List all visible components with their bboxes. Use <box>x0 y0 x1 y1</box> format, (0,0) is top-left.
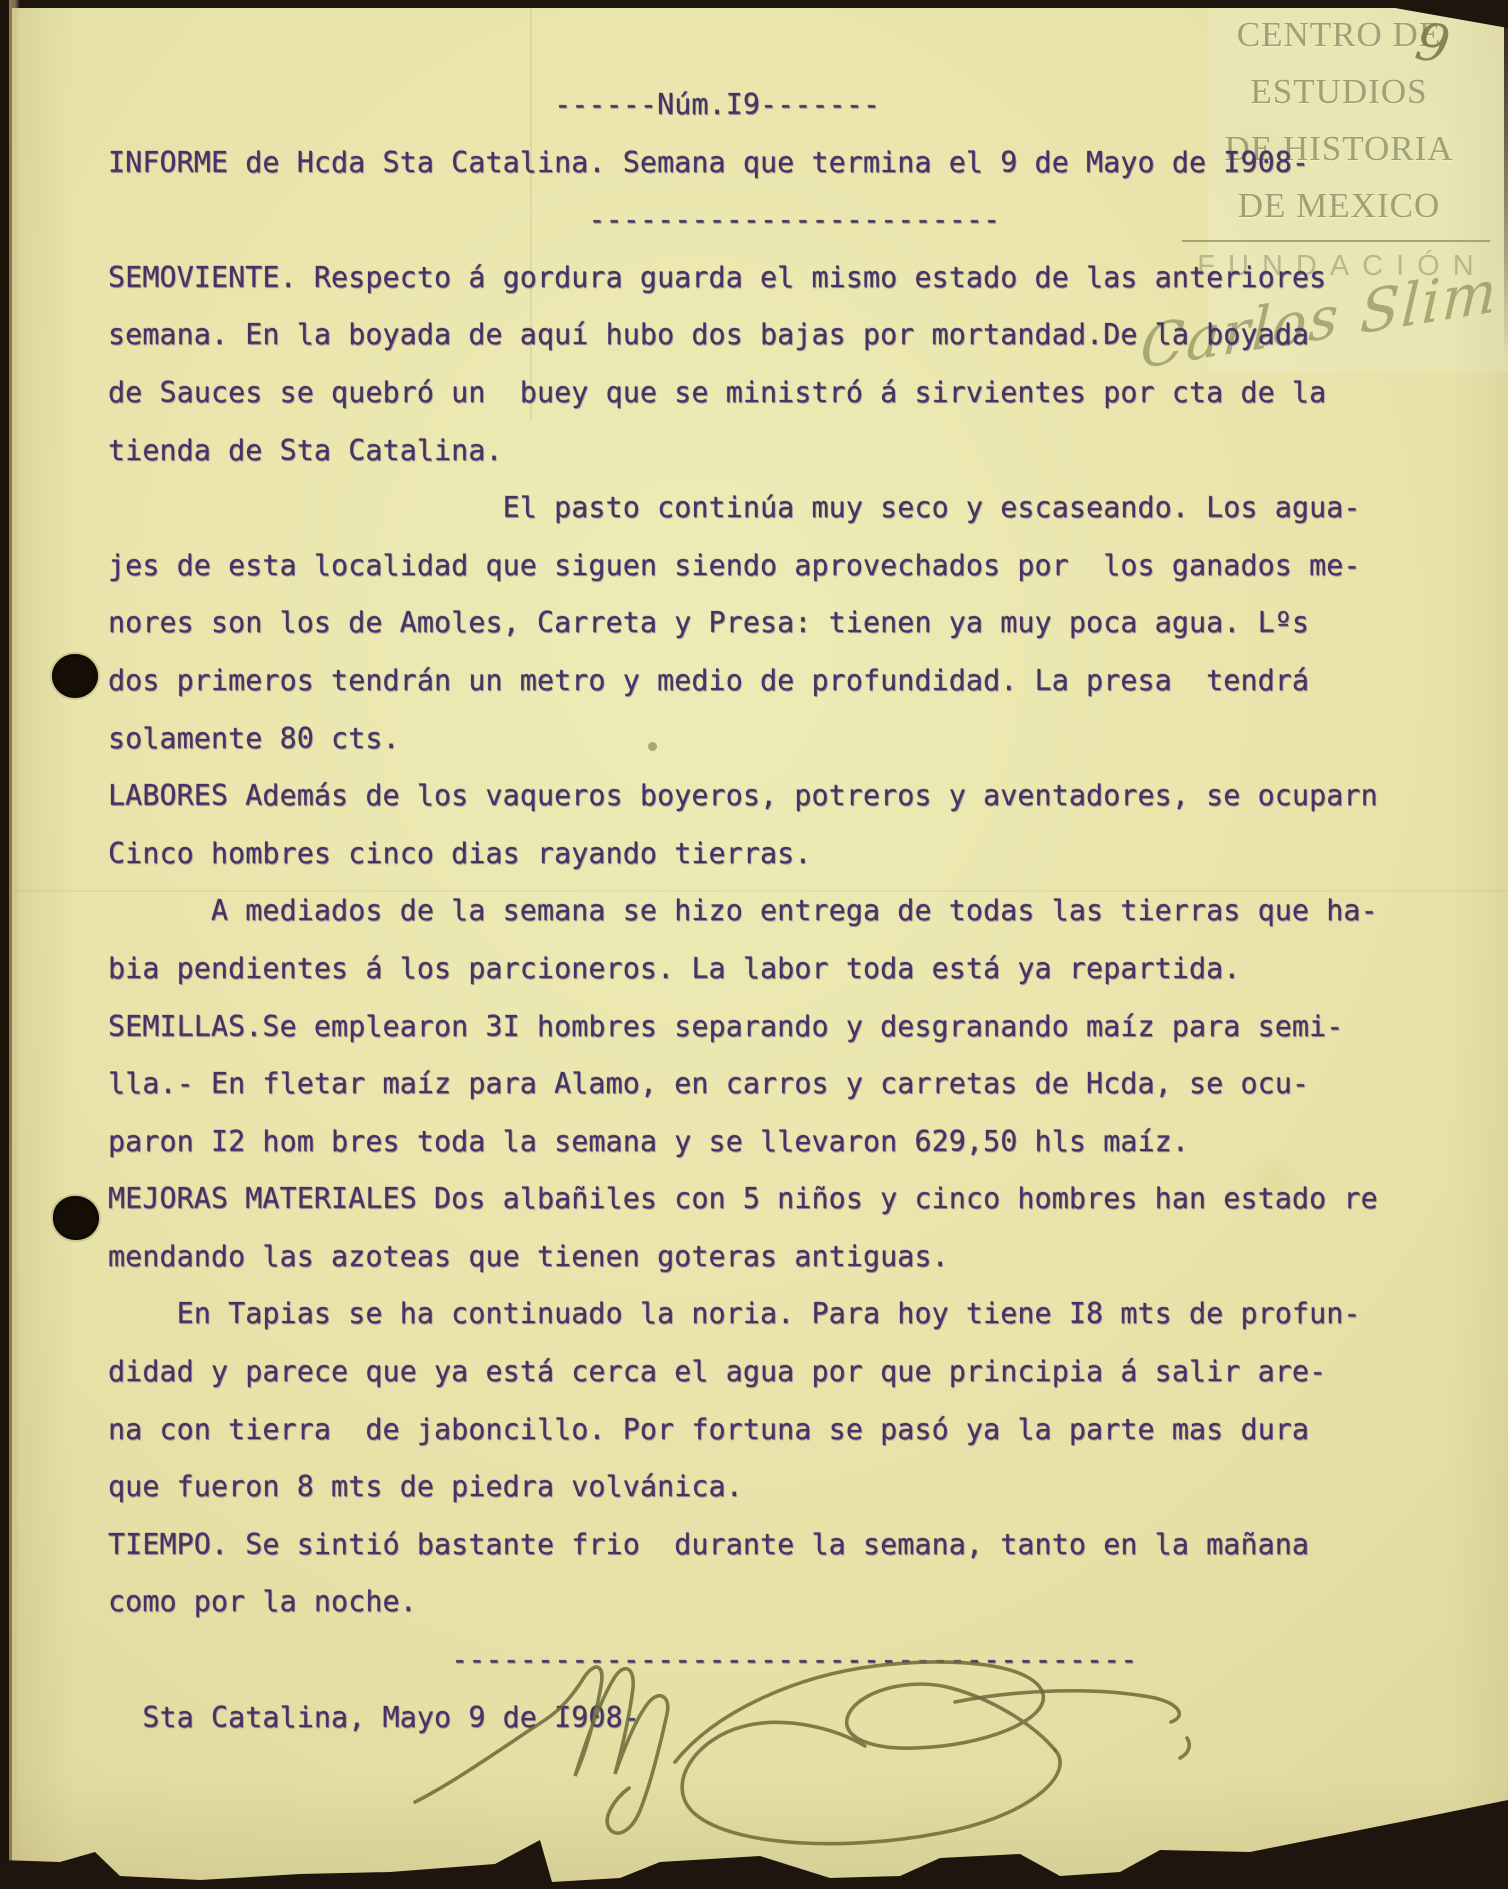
punch-hole-bottom <box>53 1196 99 1240</box>
scan-edge-top <box>0 0 1508 8</box>
typed-line: El pasto continúa muy seco y escaseando.… <box>0 479 1508 537</box>
document-page: CENTRO DE ESTUDIOS DE HISTORIA DE MEXICO… <box>0 0 1508 1889</box>
typed-line: TIEMPO. Se sintió bastante frio durante … <box>0 1516 1508 1574</box>
typed-line: A mediados de la semana se hizo entrega … <box>0 882 1508 940</box>
typed-line: MEJORAS MATERIALES Dos albañiles con 5 n… <box>0 1170 1508 1228</box>
typed-line: Cinco hombres cinco dias rayando tierras… <box>0 825 1508 883</box>
typed-line: INFORME de Hcda Sta Catalina. Semana que… <box>0 134 1508 192</box>
typed-line: En Tapias se ha continuado la noria. Par… <box>0 1285 1508 1343</box>
typed-line: semana. En la boyada de aquí hubo dos ba… <box>0 306 1508 364</box>
typed-line: lla.- En fletar maíz para Alamo, en carr… <box>0 1055 1508 1113</box>
typed-line: nores son los de Amoles, Carreta y Presa… <box>0 594 1508 652</box>
typed-line: LABORES Además de los vaqueros boyeros, … <box>0 767 1508 825</box>
typed-line: SEMILLAS.Se emplearon 3I hombres separan… <box>0 998 1508 1056</box>
typed-line: de Sauces se quebró un buey que se minis… <box>0 364 1508 422</box>
typed-line: ------Núm.I9------- <box>0 76 1508 134</box>
typed-line: dos primeros tendrán un metro y medio de… <box>0 652 1508 710</box>
scan-edge-bottom <box>0 1794 1508 1889</box>
typed-text: ------Núm.I9-------INFORME de Hcda Sta C… <box>0 76 1508 1746</box>
typed-line: tienda de Sta Catalina. <box>0 422 1508 480</box>
typed-line: bia pendientes á los parcioneros. La lab… <box>0 940 1508 998</box>
typed-line: mendando las azoteas que tienen goteras … <box>0 1228 1508 1286</box>
typed-line: na con tierra de jaboncillo. Por fortuna… <box>0 1401 1508 1459</box>
typed-line: paron I2 hom bres toda la semana y se ll… <box>0 1113 1508 1171</box>
typed-line: solamente 80 cts. <box>0 710 1508 768</box>
punch-hole-top <box>52 654 98 698</box>
typed-line: jes de esta localidad que siguen siendo … <box>0 537 1508 595</box>
typed-line: didad y parece que ya está cerca el agua… <box>0 1343 1508 1401</box>
scan-edge-left <box>0 0 20 1889</box>
scan-edge-right <box>1504 0 1508 360</box>
typed-line: que fueron 8 mts de piedra volvánica. <box>0 1458 1508 1516</box>
typed-line: SEMOVIENTE. Respecto á gordura guarda el… <box>0 249 1508 307</box>
typed-line: como por la noche. <box>0 1573 1508 1631</box>
typed-line: ------------------------ <box>0 191 1508 249</box>
